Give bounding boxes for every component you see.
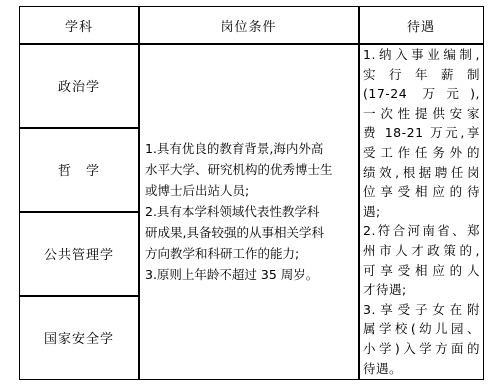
benefit-line: 绩效,根据聘任岗: [363, 163, 480, 183]
benefits: 1.纳入事业编制, 实 行 年 薪 制 (17-24 万元), 一次性提供安家 …: [359, 45, 483, 379]
condition-line: 或博士后出站人员;: [145, 180, 354, 201]
condition-line: 研成果,具备较强的从事相关学科: [145, 222, 354, 243]
condition-line: 1.具有优良的教育背景,海内外高: [145, 138, 354, 159]
condition-line: 3.原则上年龄不超过 35 周岁。: [145, 264, 354, 285]
header-conditions: 岗位条件: [139, 7, 358, 43]
benefit-line: 位享受相应的待: [363, 182, 480, 202]
recruitment-table: 学科 岗位条件 待遇 政治学 哲 学 公共管理学 国家安全学 1.具有优良的教育…: [19, 6, 484, 380]
benefit-line: 州市人才政策的,: [363, 241, 480, 261]
benefit-line: 一次性提供安家: [363, 104, 480, 124]
subject-philosophy: 哲 学: [20, 128, 138, 211]
subject-national-security: 国家安全学: [20, 296, 138, 379]
condition-line: 2.具有本学科领域代表性教学科: [145, 201, 354, 222]
benefit-line: 才待遇;: [363, 280, 480, 300]
benefit-line: 属学校(幼儿园、: [363, 319, 480, 339]
benefit-line: 待遇。: [363, 359, 480, 379]
benefit-line: 遇;: [363, 202, 480, 222]
header-benefits: 待遇: [359, 7, 483, 43]
benefit-line: 受工作任务外的: [363, 143, 480, 163]
benefit-line: 2.符合河南省、郑: [363, 221, 480, 241]
benefit-line: 实 行 年 薪 制: [363, 65, 480, 85]
benefit-line: 小学)入学方面的: [363, 339, 480, 359]
position-conditions: 1.具有优良的教育背景,海内外高 水平大学、研究机构的优秀博士生 或博士后出站人…: [139, 44, 358, 379]
benefit-line: 1.纳入事业编制,: [363, 45, 480, 65]
condition-line: 水平大学、研究机构的优秀博士生: [145, 159, 354, 180]
subject-political-science: 政治学: [20, 44, 138, 127]
benefit-line: (17-24 万元),: [363, 84, 480, 104]
benefit-line: 3.享受子女在附: [363, 300, 480, 320]
benefit-line: 费 18-21 万元,享: [363, 123, 480, 143]
condition-line: 方向教学和科研工作的能力;: [145, 243, 354, 264]
benefit-line: 可享受相应的人: [363, 261, 480, 281]
header-subject: 学科: [20, 7, 138, 43]
subject-public-administration: 公共管理学: [20, 212, 138, 295]
